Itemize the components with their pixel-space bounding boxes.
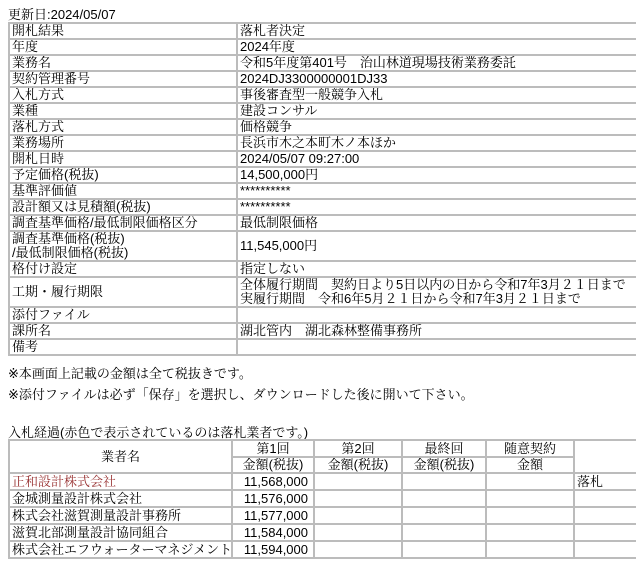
vendor-column-header: 業者名 — [9, 440, 232, 473]
table-row: 調査基準価格(税抜) /最低制限価格(税抜)11,545,000円 — [9, 231, 636, 261]
detail-label: 工期・履行期限 — [9, 277, 237, 307]
detail-value: 最低制限価格 — [237, 215, 636, 231]
detail-label: 契約管理番号 — [9, 71, 237, 87]
award-status — [574, 507, 636, 524]
round1-header: 第1回 — [232, 440, 314, 457]
round2-header: 第2回 — [314, 440, 402, 457]
round2-amount — [314, 507, 402, 524]
table-row: 開札結果落札者決定 — [9, 23, 636, 39]
award-status — [574, 490, 636, 507]
discretionary-amount — [486, 473, 574, 490]
detail-value: 2024DJ3300000001DJ33 — [237, 71, 636, 87]
award-status — [574, 541, 636, 558]
table-row: 備考 — [9, 339, 636, 355]
detail-value: 令和5年度第401号 治山林道現場技術業務委託 — [237, 55, 636, 71]
detail-value: 価格競争 — [237, 119, 636, 135]
final-round-header: 最終回 — [402, 440, 486, 457]
final-amount — [402, 473, 486, 490]
detail-label: 業務場所 — [9, 135, 237, 151]
final-amount — [402, 541, 486, 558]
table-row: 年度2024年度 — [9, 39, 636, 55]
final-amount — [402, 524, 486, 541]
detail-label: 業種 — [9, 103, 237, 119]
detail-value: 長浜市木之本町木ノ本ほか — [237, 135, 636, 151]
table-row: 調査基準価格/最低制限価格区分最低制限価格 — [9, 215, 636, 231]
discretionary-contract-header: 随意契約 — [486, 440, 574, 457]
detail-value: 湖北管内 湖北森林整備事務所 — [237, 323, 636, 339]
detail-label: 調査基準価格(税抜) /最低制限価格(税抜) — [9, 231, 237, 261]
detail-label: 格付け設定 — [9, 261, 237, 277]
detail-label: 業務名 — [9, 55, 237, 71]
table-row: 課所名湖北管内 湖北森林整備事務所 — [9, 323, 636, 339]
table-row: 業種建設コンサル — [9, 103, 636, 119]
award-status: 落札 — [574, 473, 636, 490]
round1-amount: 11,576,000 — [232, 490, 314, 507]
detail-value: 2024/05/07 09:27:00 — [237, 151, 636, 167]
detail-value: 全体履行期間 契約日より5日以内の日から令和7年3月２１日まで 実履行期間 令和… — [237, 277, 636, 307]
award-status — [574, 524, 636, 541]
detail-value — [237, 307, 636, 323]
final-amount — [402, 490, 486, 507]
vendor-name: 株式会社エフウォーターマネジメント — [9, 541, 232, 558]
detail-value: ********** — [237, 199, 636, 215]
round2-amount — [314, 541, 402, 558]
result-column-header — [574, 440, 636, 473]
table-row: 工期・履行期限全体履行期間 契約日より5日以内の日から令和7年3月２１日まで 実… — [9, 277, 636, 307]
table-row: 契約管理番号2024DJ3300000001DJ33 — [9, 71, 636, 87]
detail-label: 備考 — [9, 339, 237, 355]
detail-value: 11,545,000円 — [237, 231, 636, 261]
table-row: 格付け設定指定しない — [9, 261, 636, 277]
vendor-name: 金城測量設計株式会社 — [9, 490, 232, 507]
round1-amount: 11,568,000 — [232, 473, 314, 490]
bid-detail-table: 開札結果落札者決定 年度2024年度 業務名令和5年度第401号 治山林道現場技… — [8, 22, 636, 356]
vendor-name: 株式会社滋賀測量設計事務所 — [9, 507, 232, 524]
round1-amount: 11,584,000 — [232, 524, 314, 541]
table-row: 業務名令和5年度第401号 治山林道現場技術業務委託 — [9, 55, 636, 71]
detail-value: 指定しない — [237, 261, 636, 277]
detail-value: ********** — [237, 183, 636, 199]
attachment-note: ※添付ファイルは必ず「保存」を選択し、ダウンロードした後に開いて下さい。 — [8, 384, 474, 403]
detail-value: 事後審査型一般競争入札 — [237, 87, 636, 103]
discretionary-amount — [486, 507, 574, 524]
table-row: 株式会社エフウォーターマネジメント 11,594,000 — [9, 541, 636, 558]
detail-label: 落札方式 — [9, 119, 237, 135]
detail-value — [237, 339, 636, 355]
detail-label: 予定価格(税抜) — [9, 167, 237, 183]
detail-label: 開札日時 — [9, 151, 237, 167]
detail-label: 年度 — [9, 39, 237, 55]
detail-label: 調査基準価格/最低制限価格区分 — [9, 215, 237, 231]
round2-amount — [314, 524, 402, 541]
table-header-row: 業者名 第1回 第2回 最終回 随意契約 — [9, 440, 636, 457]
bid-history-table: 業者名 第1回 第2回 最終回 随意契約 金額(税抜) 金額(税抜) 金額(税抜… — [8, 439, 636, 559]
table-row: 予定価格(税抜)14,500,000円 — [9, 167, 636, 183]
update-date-label: 更新日:2024/05/07 — [8, 4, 116, 23]
detail-label: 基準評価値 — [9, 183, 237, 199]
round2-amount — [314, 473, 402, 490]
detail-value: 建設コンサル — [237, 103, 636, 119]
table-row: 基準評価値********** — [9, 183, 636, 199]
final-amount-header: 金額(税抜) — [402, 457, 486, 473]
detail-label: 設計額又は見積額(税抜) — [9, 199, 237, 215]
discretionary-amount — [486, 524, 574, 541]
detail-value: 2024年度 — [237, 39, 636, 55]
discretionary-amount — [486, 490, 574, 507]
discretionary-amount — [486, 541, 574, 558]
table-row: 入札方式事後審査型一般競争入札 — [9, 87, 636, 103]
table-row: 株式会社滋賀測量設計事務所 11,577,000 — [9, 507, 636, 524]
detail-label: 入札方式 — [9, 87, 237, 103]
detail-label: 添付ファイル — [9, 307, 237, 323]
table-row: 設計額又は見積額(税抜)********** — [9, 199, 636, 215]
detail-value: 14,500,000円 — [237, 167, 636, 183]
table-row: 金城測量設計株式会社 11,576,000 — [9, 490, 636, 507]
tax-note: ※本画面上記載の金額は全て税抜きです。 — [8, 363, 252, 382]
table-row: 落札方式価格競争 — [9, 119, 636, 135]
round1-amount-header: 金額(税抜) — [232, 457, 314, 473]
round2-amount-header: 金額(税抜) — [314, 457, 402, 473]
discretionary-amount-header: 金額 — [486, 457, 574, 473]
table-row: 滋賀北部測量設計協同組合 11,584,000 — [9, 524, 636, 541]
table-row: 開札日時2024/05/07 09:27:00 — [9, 151, 636, 167]
round2-amount — [314, 490, 402, 507]
detail-value: 落札者決定 — [237, 23, 636, 39]
vendor-name: 滋賀北部測量設計協同組合 — [9, 524, 232, 541]
detail-label: 課所名 — [9, 323, 237, 339]
detail-label: 開札結果 — [9, 23, 237, 39]
round1-amount: 11,577,000 — [232, 507, 314, 524]
table-row: 業務場所長浜市木之本町木ノ本ほか — [9, 135, 636, 151]
table-row: 正和設計株式会社 11,568,000 落札 — [9, 473, 636, 490]
round1-amount: 11,594,000 — [232, 541, 314, 558]
vendor-name: 正和設計株式会社 — [9, 473, 232, 490]
table-row: 添付ファイル — [9, 307, 636, 323]
final-amount — [402, 507, 486, 524]
